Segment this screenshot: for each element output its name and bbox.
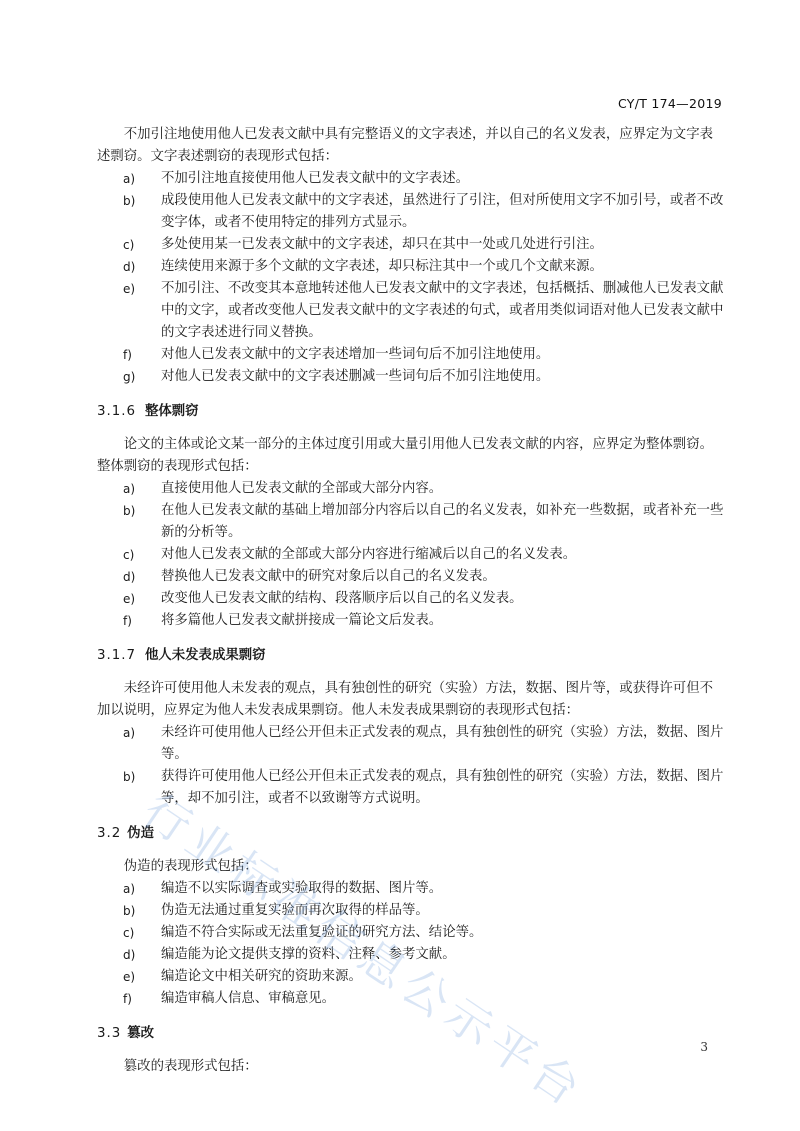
list-text: 改变他人已发表文献的结构、段落顺序后以自己的名义发表。 <box>161 591 523 606</box>
list-text: 在他人已发表文献的基础上增加部分内容后以自己的名义发表，如补充一些数据，或者补充… <box>161 503 723 540</box>
fabrication-list: a)编造不以实际调查或实验取得的数据、图片等。 b)伪造无法通过重复实验而再次取… <box>97 878 725 1010</box>
section-number: 3.3 <box>97 1023 121 1045</box>
list-text: 编造不符合实际或无法重复验证的研究方法、结论等。 <box>161 925 482 940</box>
list-text: 多处使用某一已发表文献中的文字表述，却只在其中一处或几处进行引注。 <box>161 237 603 252</box>
list-item: b)伪造无法通过重复实验而再次取得的样品等。 <box>123 900 725 922</box>
intro-paragraph: 不加引注地使用他人已发表文献中具有完整语义的文字表述，并以自己的名义发表，应界定… <box>97 124 725 168</box>
list-item: c)对他人已发表文献的全部或大部分内容进行缩减后以自己的名义发表。 <box>123 544 725 566</box>
section-number: 3.1.6 <box>97 401 139 423</box>
list-label: d) <box>123 566 147 588</box>
section-number: 3.1.7 <box>97 645 139 667</box>
list-item: b)成段使用他人已发表文献中的文字表述，虽然进行了引注，但对所使用文字不加引号，… <box>123 190 725 234</box>
list-label: d) <box>123 944 147 966</box>
list-text: 对他人已发表文献的全部或大部分内容进行缩减后以自己的名义发表。 <box>161 547 576 562</box>
list-text: 编造论文中相关研究的资助来源。 <box>161 969 362 984</box>
list-item: a)未经许可使用他人已经公开但未正式发表的观点，具有独创性的研究（实验）方法，数… <box>123 722 725 766</box>
list-text: 连续使用来源于多个文献的文字表述，却只标注其中一个或几个文献来源。 <box>161 259 603 274</box>
list-text: 将多篇他人已发表文献拼接成一篇论文后发表。 <box>161 613 442 628</box>
list-text: 成段使用他人已发表文献中的文字表述，虽然进行了引注，但对所使用文字不加引号，或者… <box>161 193 723 230</box>
list-label: f) <box>123 344 147 366</box>
list-text: 不加引注、不改变其本意地转述他人已发表文献中的文字表述，包括概括、删减他人已发表… <box>161 281 723 340</box>
list-item: f)编造审稿人信息、审稿意见。 <box>123 988 725 1010</box>
list-label: e) <box>123 588 147 610</box>
section-heading-3-1-6: 3.1.6整体剽窃 <box>97 401 725 423</box>
list-label: b) <box>123 190 147 212</box>
section-heading-3-1-7: 3.1.7他人未发表成果剽窃 <box>97 645 725 667</box>
list-item: b)获得许可使用他人已经公开但未正式发表的观点，具有独创性的研究（实验）方法，数… <box>123 766 725 810</box>
section-title: 篡改 <box>127 1026 154 1041</box>
list-item: g)对他人已发表文献中的文字表述删减一些词句后不加引注地使用。 <box>123 366 725 388</box>
list-text: 未经许可使用他人已经公开但未正式发表的观点，具有独创性的研究（实验）方法，数据、… <box>161 725 723 762</box>
list-label: c) <box>123 234 147 256</box>
list-text: 编造审稿人信息、审稿意见。 <box>161 991 335 1006</box>
section-paragraph: 论文的主体或论文某一部分的主体过度引用或大量引用他人已发表文献的内容，应界定为整… <box>97 434 725 478</box>
section-paragraph: 伪造的表现形式包括： <box>97 856 725 878</box>
section-paragraph: 未经许可使用他人未发表的观点，具有独创性的研究（实验）方法，数据、图片等，或获得… <box>97 678 725 722</box>
list-item: e)不加引注、不改变其本意地转述他人已发表文献中的文字表述，包括概括、删减他人已… <box>123 278 725 344</box>
list-item: c)编造不符合实际或无法重复验证的研究方法、结论等。 <box>123 922 725 944</box>
list-label: e) <box>123 278 147 300</box>
list-item: d)编造能为论文提供支撑的资料、注释、参考文献。 <box>123 944 725 966</box>
list-label: g) <box>123 366 147 388</box>
list-item: a)编造不以实际调查或实验取得的数据、图片等。 <box>123 878 725 900</box>
whole-plagiarism-list: a)直接使用他人已发表文献的全部或大部分内容。 b)在他人已发表文献的基础上增加… <box>97 478 725 632</box>
document-code: CY/T 174—2019 <box>618 96 722 111</box>
list-text: 对他人已发表文献中的文字表述删减一些词句后不加引注地使用。 <box>161 369 549 384</box>
page-number: 3 <box>700 1040 708 1054</box>
list-label: b) <box>123 766 147 788</box>
list-text: 伪造无法通过重复实验而再次取得的样品等。 <box>161 903 429 918</box>
list-text: 直接使用他人已发表文献的全部或大部分内容。 <box>161 481 442 496</box>
section-heading-3-2: 3.2伪造 <box>97 823 725 845</box>
list-label: b) <box>123 500 147 522</box>
list-label: d) <box>123 256 147 278</box>
section-heading-3-3: 3.3篡改 <box>97 1023 725 1045</box>
section-title: 伪造 <box>127 826 154 841</box>
list-item: d)替换他人已发表文献中的研究对象后以自己的名义发表。 <box>123 566 725 588</box>
list-item: e)改变他人已发表文献的结构、段落顺序后以自己的名义发表。 <box>123 588 725 610</box>
list-label: a) <box>123 878 147 900</box>
list-item: f)将多篇他人已发表文献拼接成一篇论文后发表。 <box>123 610 725 632</box>
list-label: b) <box>123 900 147 922</box>
list-label: e) <box>123 966 147 988</box>
list-item: b)在他人已发表文献的基础上增加部分内容后以自己的名义发表，如补充一些数据，或者… <box>123 500 725 544</box>
list-item: d)连续使用来源于多个文献的文字表述，却只标注其中一个或几个文献来源。 <box>123 256 725 278</box>
list-label: a) <box>123 478 147 500</box>
list-text: 获得许可使用他人已经公开但未正式发表的观点，具有独创性的研究（实验）方法，数据、… <box>161 769 723 806</box>
section-title: 他人未发表成果剽窃 <box>145 648 266 663</box>
list-text: 替换他人已发表文献中的研究对象后以自己的名义发表。 <box>161 569 496 584</box>
text-plagiarism-list: a)不加引注地直接使用他人已发表文献中的文字表述。 b)成段使用他人已发表文献中… <box>97 168 725 388</box>
list-text: 对他人已发表文献中的文字表述增加一些词句后不加引注地使用。 <box>161 347 549 362</box>
list-label: a) <box>123 168 147 190</box>
list-item: c)多处使用某一已发表文献中的文字表述，却只在其中一处或几处进行引注。 <box>123 234 725 256</box>
section-title: 整体剽窃 <box>145 404 199 419</box>
list-label: f) <box>123 988 147 1010</box>
unpublished-plagiarism-list: a)未经许可使用他人已经公开但未正式发表的观点，具有独创性的研究（实验）方法，数… <box>97 722 725 810</box>
list-item: a)不加引注地直接使用他人已发表文献中的文字表述。 <box>123 168 725 190</box>
list-label: c) <box>123 544 147 566</box>
list-text: 编造能为论文提供支撑的资料、注释、参考文献。 <box>161 947 456 962</box>
list-item: a)直接使用他人已发表文献的全部或大部分内容。 <box>123 478 725 500</box>
list-label: a) <box>123 722 147 744</box>
list-label: f) <box>123 610 147 632</box>
document-body: 不加引注地使用他人已发表文献中具有完整语义的文字表述，并以自己的名义发表，应界定… <box>97 124 725 1078</box>
list-item: e)编造论文中相关研究的资助来源。 <box>123 966 725 988</box>
list-label: c) <box>123 922 147 944</box>
section-paragraph: 篡改的表现形式包括： <box>97 1056 725 1078</box>
list-text: 编造不以实际调查或实验取得的数据、图片等。 <box>161 881 442 896</box>
section-number: 3.2 <box>97 823 121 845</box>
list-text: 不加引注地直接使用他人已发表文献中的文字表述。 <box>161 171 469 186</box>
list-item: f)对他人已发表文献中的文字表述增加一些词句后不加引注地使用。 <box>123 344 725 366</box>
